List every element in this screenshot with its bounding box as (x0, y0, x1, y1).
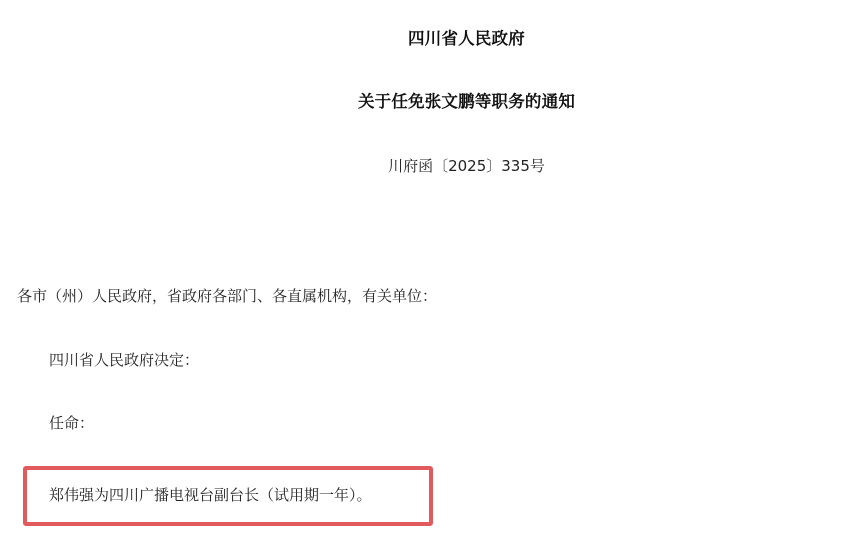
notice-subject-title: 关于任免张文鹏等职务的通知 (0, 92, 859, 112)
appointment-label: 任命： (49, 413, 94, 433)
issuer-title: 四川省人民政府 (0, 29, 859, 49)
salutation-line: 各市（州）人民政府，省政府各部门、各直属机构，有关单位： (17, 286, 437, 306)
decision-line: 四川省人民政府决定： (49, 350, 199, 370)
official-notice-document: 四川省人民政府 关于任免张文鹏等职务的通知 川府函〔2025〕335号 各市（州… (0, 0, 859, 537)
document-number: 川府函〔2025〕335号 (0, 156, 859, 176)
appointment-item: 郑伟强为四川广播电视台副台长（试用期一年）。 (49, 485, 372, 505)
